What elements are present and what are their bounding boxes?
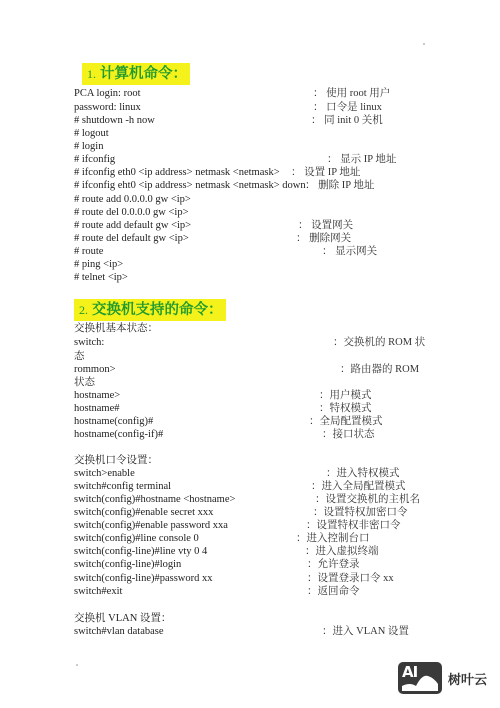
command-line: 交换机口令设置： — [74, 454, 158, 467]
section-1-heading: 1.计算机命令： — [82, 63, 190, 85]
command-line: 交换机 VLAN 设置： — [74, 612, 171, 625]
document-page: 1.计算机命令： PCA login: root： 使用 root 用户pass… — [0, 0, 500, 708]
command-description: ： 删除 IP 地址 — [305, 179, 374, 192]
command-line: rommon> — [74, 363, 116, 376]
command-line: # telnet <ip> — [74, 271, 128, 284]
command-description: ：接口状态 — [322, 428, 375, 441]
command-line: 状态 — [74, 376, 95, 389]
command-description: ： 设置 IP 地址 — [291, 166, 360, 179]
command-description: ：进入 VLAN 设置 — [322, 625, 409, 638]
command-description: ： 同 init 0 关机 — [311, 114, 383, 127]
watermark-logo: AI 树叶云 — [398, 662, 487, 694]
command-line: hostname(config-if)# — [74, 428, 163, 441]
command-line: switch#config terminal — [74, 480, 171, 493]
mountain-icon — [398, 662, 442, 694]
command-line: switch(config)#line console 0 — [74, 532, 199, 545]
command-description: ：设置特权加密口令 — [313, 506, 408, 519]
command-line: # route add 0.0.0.0 gw <ip> — [74, 193, 191, 206]
command-line: switch(config)#hostname <hostname> — [74, 493, 235, 506]
command-line: switch#exit — [74, 585, 122, 598]
ai-image-icon: AI — [398, 662, 442, 694]
command-description: ： 显示网关 — [322, 245, 377, 258]
command-description: ： 使用 root 用户 — [313, 87, 390, 100]
command-line: # route add default gw <ip> — [74, 219, 191, 232]
command-line: hostname# — [74, 402, 120, 415]
command-line: PCA login: root — [74, 87, 141, 100]
command-line: # ifconfig eht0 <ip address> netmask <ne… — [74, 179, 306, 192]
command-line: switch(config)#enable secret xxx — [74, 506, 213, 519]
command-line: switch(config)#enable password xxa — [74, 519, 228, 532]
page-mark-top — [423, 43, 425, 45]
command-description: ： 显示 IP 地址 — [327, 153, 396, 166]
section-2-heading: 2.交换机支持的命令： — [74, 299, 226, 321]
command-line: # shutdown -h now — [74, 114, 155, 127]
command-description: ：设置交换机的主机名 — [315, 493, 420, 506]
command-line: # ifconfig eth0 <ip address> netmask <ne… — [74, 166, 280, 179]
command-line: switch: — [74, 336, 104, 349]
command-line: switch(config-line)#line vty 0 4 — [74, 545, 207, 558]
watermark-text: 树叶云 — [448, 669, 487, 688]
section-2-title: 交换机支持的命令： — [92, 302, 223, 318]
command-line: switch>enable — [74, 467, 135, 480]
command-description: ：进入虚拟终端 — [305, 545, 379, 558]
command-description: ：进入全局配置模式 — [311, 480, 406, 493]
command-line: # route del default gw <ip> — [74, 232, 189, 245]
command-description: ：进入特权模式 — [326, 467, 400, 480]
command-description: ：特权模式 — [319, 402, 372, 415]
command-line: # route del 0.0.0.0 gw <ip> — [74, 206, 189, 219]
command-line: # logout — [74, 127, 109, 140]
section-2-number: 2. — [79, 303, 88, 317]
command-line: password: linux — [74, 101, 141, 114]
command-line: 交换机基本状态： — [74, 322, 158, 335]
section-1-title: 计算机命令： — [100, 66, 187, 82]
command-description: ：设置特权非密口令 — [306, 519, 401, 532]
command-line: switch(config-line)#login — [74, 558, 181, 571]
command-description: ：全局配置模式 — [309, 415, 383, 428]
command-description: ：交换机的 ROM 状 — [333, 336, 425, 349]
command-line: switch(config-line)#password xx — [74, 572, 213, 585]
command-description: ：路由器的 ROM — [340, 363, 419, 376]
command-description: ： 口令是 linux — [313, 101, 382, 114]
command-description: ：用户模式 — [319, 389, 372, 402]
command-description: ：返回命令 — [307, 585, 360, 598]
command-line: hostname(config)# — [74, 415, 153, 428]
command-line: 态 — [74, 350, 85, 363]
command-line: # route — [74, 245, 103, 258]
section-1-number: 1. — [87, 67, 96, 81]
command-line: hostname> — [74, 389, 120, 402]
command-description: ： 设置网关 — [298, 219, 353, 232]
command-description: ： 删除网关 — [296, 232, 351, 245]
command-line: # ping <ip> — [74, 258, 123, 271]
command-line: # login — [74, 140, 103, 153]
command-description: ：进入控制台口 — [296, 532, 370, 545]
command-description: ：允许登录 — [307, 558, 360, 571]
page-mark-bottom — [76, 664, 78, 666]
command-line: # ifconfig — [74, 153, 115, 166]
command-line: switch#vlan database — [74, 625, 164, 638]
command-description: ：设置登录口令 xx — [307, 572, 394, 585]
